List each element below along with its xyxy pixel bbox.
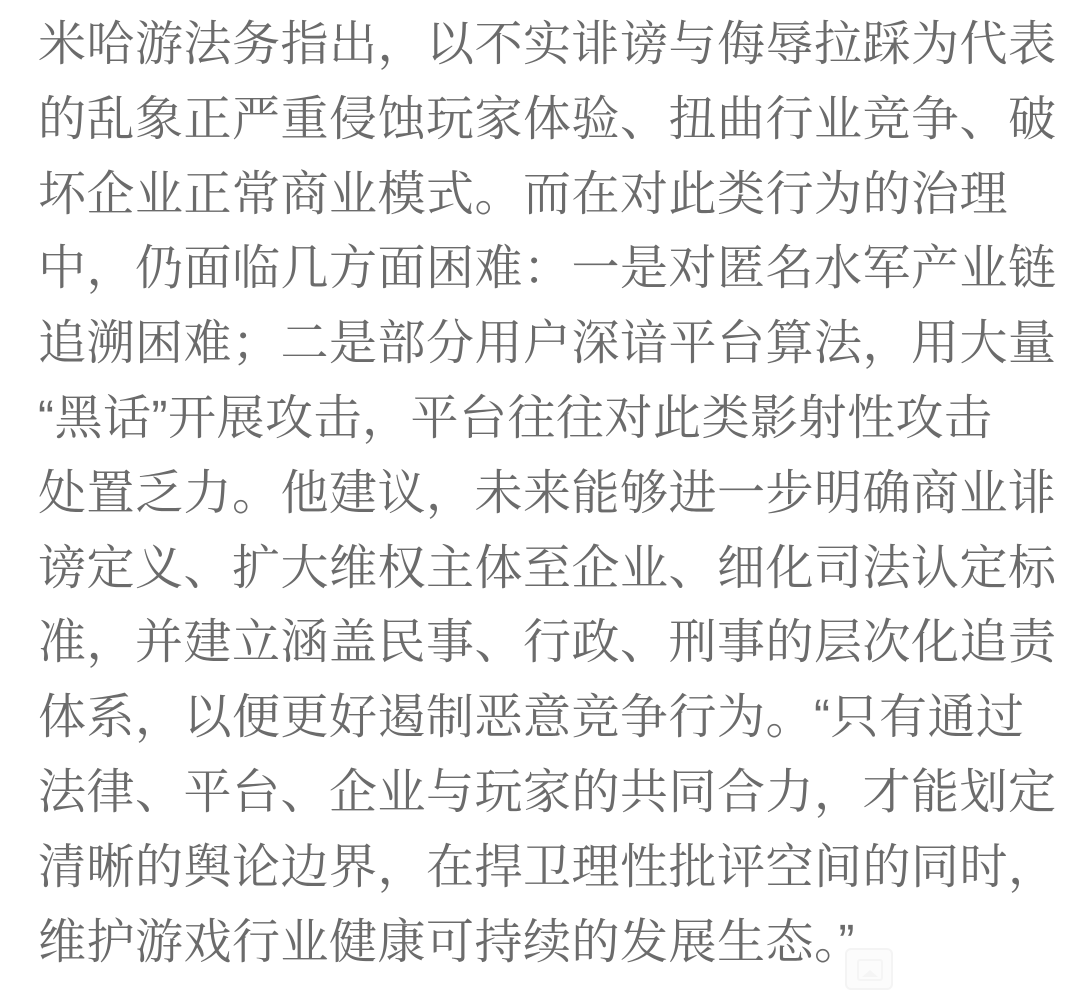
image-watermark-icon bbox=[845, 948, 893, 990]
text-line: 清晰的舆论边界，在捍卫理性批评空间的同时， bbox=[38, 831, 1054, 906]
text-line: 体系，以便更好遏制恶意竞争行为。“只有通过 bbox=[38, 681, 1054, 756]
text-line: 处置乏力。他建议，未来能够进一步明确商业诽 bbox=[38, 457, 1054, 532]
text-line: 坏企业正常商业模式。而在对此类行为的治理 bbox=[38, 158, 1054, 233]
text-line: 法律、平台、企业与玩家的共同合力，才能划定 bbox=[38, 756, 1054, 831]
image-placeholder-glyph bbox=[857, 959, 883, 981]
text-line: 谤定义、扩大维权主体至企业、细化司法认定标 bbox=[38, 532, 1054, 607]
text-line: 准，并建立涵盖民事、行政、刑事的层次化追责 bbox=[38, 606, 1054, 681]
text-line: 追溯困难；二是部分用户深谙平台算法，用大量 bbox=[38, 307, 1054, 382]
article-text-block: 米哈游法务指出，以不实诽谤与侮辱拉踩为代表 的乱象正严重侵蚀玩家体验、扭曲行业竞… bbox=[38, 8, 1054, 980]
text-line: 维护游戏行业健康可持续的发展生态。” bbox=[38, 906, 1054, 981]
text-line: 米哈游法务指出，以不实诽谤与侮辱拉踩为代表 bbox=[38, 8, 1054, 83]
text-line: 的乱象正严重侵蚀玩家体验、扭曲行业竞争、破 bbox=[38, 83, 1054, 158]
text-line: “黑话”开展攻击，平台往往对此类影射性攻击 bbox=[38, 382, 1054, 457]
text-line: 中，仍面临几方面困难：一是对匿名水军产业链 bbox=[38, 232, 1054, 307]
